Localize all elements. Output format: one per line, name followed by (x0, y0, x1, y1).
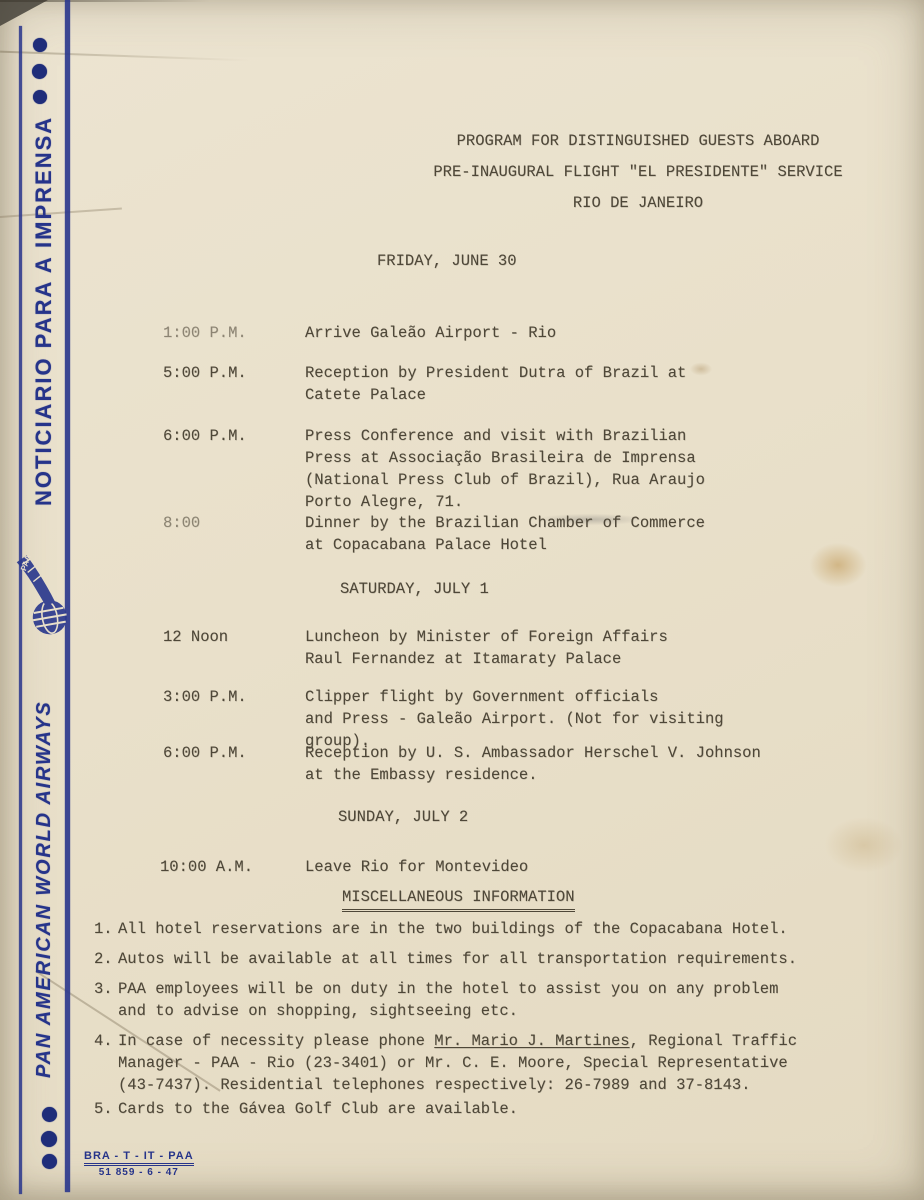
event-description: Press Conference and visit with Brazilia… (305, 425, 795, 513)
event-time: 12 Noon (163, 626, 228, 648)
event-description: Leave Rio for Montevideo (305, 856, 795, 878)
event-time: 3:00 P.M. (163, 686, 247, 708)
misc-item-text: All hotel reservations are in the two bu… (118, 918, 858, 940)
title-line-1: PROGRAM FOR DISTINGUISHED GUESTS ABOARD (420, 126, 856, 157)
document-page: NOTICIARIO PARA A IMPRENSA PAA PAN AMERI… (0, 0, 924, 1200)
typed-content: PROGRAM FOR DISTINGUISHED GUESTS ABOARD … (0, 0, 924, 1200)
day-heading-saturday: SATURDAY, JULY 1 (340, 578, 489, 600)
misc-item-number: 3. (94, 978, 113, 1000)
misc-item-text: Cards to the Gávea Golf Club are availab… (118, 1098, 858, 1120)
misc-item-text: PAA employees will be on duty in the hot… (118, 978, 858, 1022)
day-heading-friday: FRIDAY, JUNE 30 (377, 250, 517, 272)
event-description: Reception by U. S. Ambassador Herschel V… (305, 742, 795, 786)
event-description: Arrive Galeão Airport - Rio (305, 322, 795, 344)
event-time: 8:00 (163, 512, 200, 534)
misc-section-title: MISCELLANEOUS INFORMATION (342, 886, 575, 912)
misc-item-underlined-name: Mr. Mario J. Martines (434, 1032, 629, 1050)
misc-item-number: 2. (94, 948, 113, 970)
misc-item-text: Autos will be available at all times for… (118, 948, 858, 970)
event-time: 10:00 A.M. (160, 856, 253, 878)
event-description: Reception by President Dutra of Brazil a… (305, 362, 795, 406)
misc-item-number: 1. (94, 918, 113, 940)
misc-item-text-pre: In case of necessity please phone (118, 1032, 434, 1050)
document-title-block: PROGRAM FOR DISTINGUISHED GUESTS ABOARD … (420, 126, 856, 219)
event-time: 6:00 P.M. (163, 425, 247, 447)
misc-item-text: In case of necessity please phone Mr. Ma… (118, 1030, 858, 1096)
misc-item-number: 5. (94, 1098, 113, 1120)
misc-item-number: 4. (94, 1030, 113, 1052)
event-description: Dinner by the Brazilian Chamber of Comme… (305, 512, 795, 556)
event-time: 6:00 P.M. (163, 742, 247, 764)
event-time: 5:00 P.M. (163, 362, 247, 384)
event-description: Luncheon by Minister of Foreign Affairs … (305, 626, 795, 670)
event-time: 1:00 P.M. (163, 322, 247, 344)
day-heading-sunday: SUNDAY, JULY 2 (338, 806, 468, 828)
title-line-2: PRE-INAUGURAL FLIGHT "EL PRESIDENTE" SER… (420, 157, 856, 188)
title-line-3: RIO DE JANEIRO (420, 188, 856, 219)
